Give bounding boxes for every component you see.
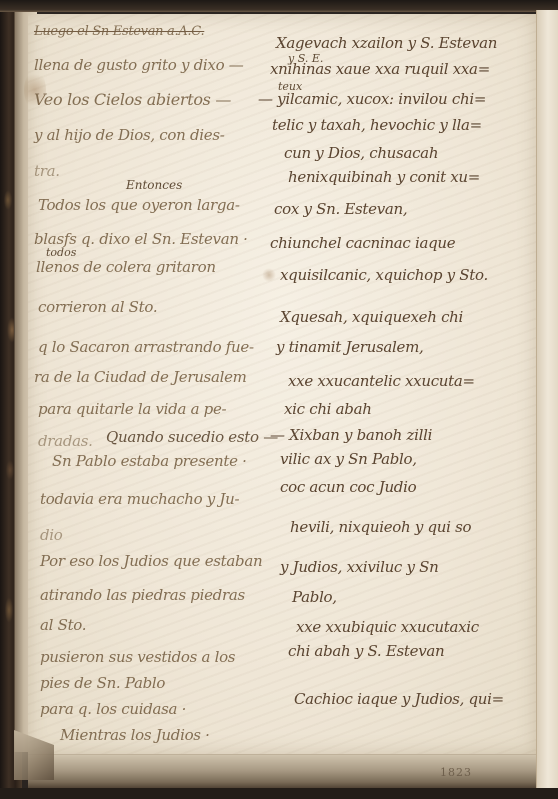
manuscript-line: para quitarle la vida a pe- bbox=[38, 400, 226, 418]
manuscript-line: hevili, nixquieoh y qui so bbox=[290, 518, 471, 536]
manuscript-line: Por eso los Judios que estaban bbox=[40, 552, 262, 570]
footer-stamp: 1823 bbox=[440, 766, 472, 779]
manuscript-line: y Judios, xxiviluc y Sn bbox=[280, 558, 438, 576]
manuscript-line: coc acun coc Judio bbox=[280, 478, 416, 496]
manuscript-line: Mientras los Judios · bbox=[60, 726, 210, 744]
manuscript-line: cun y Dios, chusacah bbox=[284, 144, 438, 162]
manuscript-line: xquisilcanic, xquichop y Sto. bbox=[280, 266, 488, 284]
manuscript-line: atirando las piedras piedras bbox=[40, 586, 245, 604]
interlinear-insert: Entonces bbox=[126, 178, 182, 192]
manuscript-line: y tinamit Jerusalem, bbox=[276, 338, 424, 356]
manuscript-line: vilic ax y Sn Pablo, bbox=[280, 450, 417, 468]
manuscript-line: Todos los que oyeron larga- bbox=[38, 196, 240, 214]
manuscript-line: dio bbox=[40, 526, 63, 544]
manuscript-line: xic chi abah bbox=[284, 400, 372, 418]
manuscript-line: llenos de colera gritaron bbox=[36, 258, 216, 276]
book-bottom-edge bbox=[0, 788, 558, 799]
manuscript-line: pies de Sn. Pablo bbox=[40, 674, 165, 692]
manuscript-line: para q. los cuidasa · bbox=[40, 700, 186, 718]
manuscript-line: Luego el Sn Estevan a.A.C. bbox=[34, 24, 204, 39]
manuscript-line: Xagevach xzailon y S. Estevan bbox=[276, 34, 497, 52]
manuscript-line: Quando sucedio esto — bbox=[106, 428, 278, 446]
manuscript-line: corrieron al Sto. bbox=[38, 298, 157, 316]
manuscript-line: al Sto. bbox=[40, 616, 86, 634]
manuscript-line: Cachioc iaque y Judios, qui= bbox=[294, 690, 504, 708]
manuscript-line: y al hijo de Dios, con dies- bbox=[34, 126, 225, 144]
manuscript-line: chi abah y S. Estevan bbox=[288, 642, 444, 660]
manuscript-line: xxe xxucantelic xxucuta= bbox=[288, 372, 475, 390]
manuscript-line: xnihinas xaue xxa ruquil xxa= bbox=[270, 60, 490, 78]
book-top-edge bbox=[0, 0, 558, 12]
manuscript-line: todavia era muchacho y Ju- bbox=[40, 490, 239, 508]
manuscript-line: ra de la Ciudad de Jerusalem bbox=[34, 368, 247, 386]
manuscript-line: — Xixban y banoh zilli bbox=[270, 426, 432, 444]
manuscript-line: xxe xxubiquic xxucutaxic bbox=[296, 618, 479, 636]
manuscript-line: dradas. bbox=[38, 432, 93, 450]
manuscript-line: — yilcamic, xucox: invilou chi= bbox=[258, 90, 486, 108]
manuscript-line: Veo los Cielos abiertos — bbox=[34, 90, 231, 109]
manuscript-line: Pablo, bbox=[292, 588, 337, 606]
stain-mark bbox=[262, 268, 276, 282]
manuscript-line: telic y taxah, hevochic y lla= bbox=[272, 116, 482, 134]
manuscript-line: pusieron sus vestidos a los bbox=[40, 648, 235, 666]
manuscript-line: tra. bbox=[34, 162, 60, 180]
manuscript-line: q lo Sacaron arrastrando fue- bbox=[38, 338, 254, 356]
manuscript-line: Sn Pablo estaba presente · bbox=[52, 452, 247, 470]
page-edge-right bbox=[536, 10, 558, 799]
manuscript-line: llena de gusto grito y dixo — bbox=[34, 56, 243, 74]
line-text: Luego el Sn Estevan a.A.C. bbox=[34, 24, 204, 39]
manuscript-line: Xquesah, xquiquexeh chi bbox=[280, 308, 463, 326]
manuscript-line: chiunchel cacninac iaque bbox=[270, 234, 455, 252]
manuscript-line: henixquibinah y conit xu= bbox=[288, 168, 480, 186]
manuscript-line: cox y Sn. Estevan, bbox=[274, 200, 407, 218]
